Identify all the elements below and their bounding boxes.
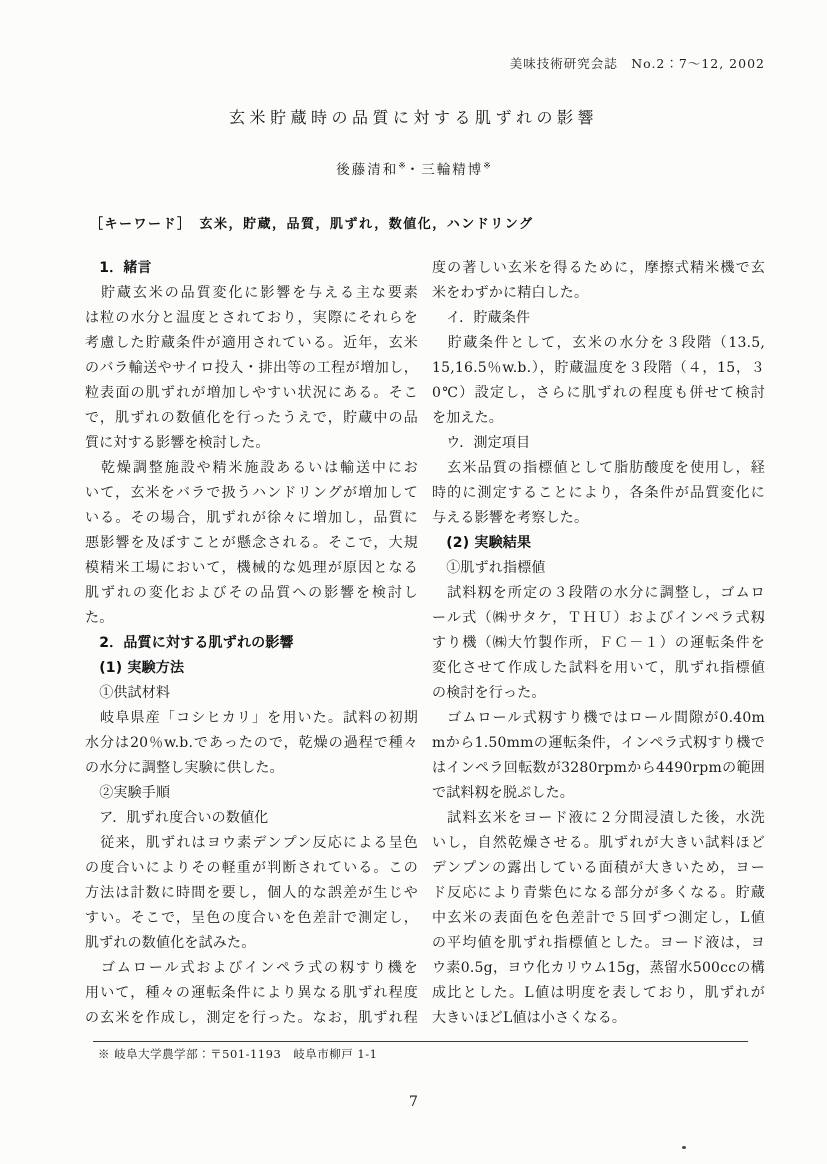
text-line: で，肌ずれの数値化を行ったうえで，貯蔵中の品 xyxy=(85,406,418,431)
author-name: 後藤清和 xyxy=(336,162,398,178)
text-line: は粒の水分と温度とされており，実際にそれらを xyxy=(85,306,418,331)
text-line: 0℃）設定し，さらに肌ずれの程度も併せて検討 xyxy=(432,381,765,406)
text-line: 1．緒言 xyxy=(85,256,418,281)
text-line: ゴムロール式およびインペラ式の籾すり機を xyxy=(85,956,418,981)
text-line: いし，自然乾燥させる。肌ずれが大きい試料ほど xyxy=(432,831,765,856)
footnote-divider xyxy=(93,1041,748,1042)
text-line: 岐阜県産「コシヒカリ」を用いた。試料の初期 xyxy=(85,706,418,731)
text-line: 従来，肌ずれはヨウ素デンプン反応による呈色 xyxy=(85,831,418,856)
text-line: 大きいほどL値は小さくなる。 xyxy=(432,1006,765,1031)
text-line: ①肌ずれ指標値 xyxy=(432,556,765,581)
text-line: 考慮した貯蔵条件が適用されている。近年，玄米 xyxy=(85,331,418,356)
text-line: デンプンの露出している面積が大きいため，ヨー xyxy=(432,856,765,881)
author-affiliation-mark: ※ xyxy=(483,162,491,172)
text-line: 中玄米の表面色を色差計で５回ずつ測定し，L値 xyxy=(432,906,765,931)
text-line: (2) 実験結果 xyxy=(432,531,765,556)
text-line: 貯蔵条件として，玄米の水分を３段階（13.5, xyxy=(432,331,765,356)
paper-page: 美味技術研究会誌 No.2：7～12, 2002 玄米貯蔵時の品質に対する肌ずれ… xyxy=(0,0,827,1164)
text-line: 試料籾を所定の３段階の水分に調整し，ゴムロ xyxy=(432,581,765,606)
keywords-line: ［キーワード］ 玄米，貯蔵，品質，肌ずれ，数値化，ハンドリング xyxy=(90,213,534,232)
text-line: 試料玄米をヨード液に２分間浸漬した後，水洗 xyxy=(432,806,765,831)
text-line: すり機（㈱大竹製作所，ＦＣ－１）の運転条件を xyxy=(432,631,765,656)
text-line: 肌ずれの変化およびその品質への影響を検討し xyxy=(85,581,418,606)
text-line: ア．肌ずれ度合いの数値化 xyxy=(85,806,418,831)
author-separator: ・ xyxy=(406,162,422,178)
text-line: を加えた。 xyxy=(432,406,765,431)
body-columns: 1．緒言 貯蔵玄米の品質変化に影響を与える主な要素は粒の水分と温度とされており，… xyxy=(85,256,765,1031)
text-line: の度合いによりその軽重が判断されている。この xyxy=(85,856,418,881)
page-title: 玄米貯蔵時の品質に対する肌ずれの影響 xyxy=(0,105,827,128)
author-affiliation-mark: ※ xyxy=(398,162,406,172)
text-line: (1) 実験方法 xyxy=(85,656,418,681)
journal-header: 美味技術研究会誌 No.2：7～12, 2002 xyxy=(510,54,765,72)
text-line: ウ．測定項目 xyxy=(432,431,765,456)
text-line: ール式（㈱サタケ，ＴＨＵ）およびインペラ式籾 xyxy=(432,606,765,631)
text-line: 米をわずかに精白した。 xyxy=(432,281,765,306)
text-line: ウ素0.5g，ヨウ化カリウム15g，蒸留水500ccの構 xyxy=(432,956,765,981)
text-line: の平均値を肌ずれ指標値とした。ヨード液は，ヨ xyxy=(432,931,765,956)
authors-line: 後藤清和※・三輪精博※ xyxy=(0,158,827,178)
text-line: で試料籾を脱ぷした。 xyxy=(432,781,765,806)
text-line: 15,16.5％w.b.），貯蔵温度を３段階（４，15，３ xyxy=(432,356,765,381)
text-line: すい。そこで，呈色の度合いを色差計で測定し， xyxy=(85,906,418,931)
text-line: 度の著しい玄米を得るために，摩擦式精米機で玄 xyxy=(432,256,765,281)
text-line: ②実験手順 xyxy=(85,781,418,806)
text-line: の玄米を作成し，測定を行った。なお，肌ずれ程 xyxy=(85,1006,418,1031)
text-line: 2．品質に対する肌ずれの影響 xyxy=(85,631,418,656)
text-line: 用いて，種々の運転条件により異なる肌ずれ程度 xyxy=(85,981,418,1006)
text-line: の水分に調整し実験に供した。 xyxy=(85,756,418,781)
text-line: いる。その場合，肌ずれが徐々に増加し，品質に xyxy=(85,506,418,531)
text-line: 成比とした。L値は明度を表しており，肌ずれが xyxy=(432,981,765,1006)
right-column: 度の著しい玄米を得るために，摩擦式精米機で玄米をわずかに精白した。 イ．貯蔵条件… xyxy=(432,256,765,1031)
text-line: 質に対する影響を検討した。 xyxy=(85,431,418,456)
page-number: 7 xyxy=(0,1094,827,1110)
text-line: 模精米工場において，機械的な処理が原因となる xyxy=(85,556,418,581)
text-line: 方法は計数に時間を要し，個人的な誤差が生じや xyxy=(85,881,418,906)
text-line: 悪影響を及ぼすことが懸念される。そこで，大規 xyxy=(85,531,418,556)
text-line: いて，玄米をバラで扱うハンドリングが増加して xyxy=(85,481,418,506)
text-line: 時的に測定することにより，各条件が品質変化に xyxy=(432,481,765,506)
text-line: ①供試材料 xyxy=(85,681,418,706)
text-line: 水分は20％w.b.であったので，乾燥の過程で種々 xyxy=(85,731,418,756)
author-name: 三輪精博 xyxy=(421,162,483,178)
left-column: 1．緒言 貯蔵玄米の品質変化に影響を与える主な要素は粒の水分と温度とされており，… xyxy=(85,256,418,1031)
text-line: mから1.50mmの運転条件，インペラ式籾すり機で xyxy=(432,731,765,756)
text-line: た。 xyxy=(85,606,418,631)
text-line: ド反応により青紫色になる部分が多くなる。貯蔵 xyxy=(432,881,765,906)
text-line: 変化させて作成した試料を用いて，肌ずれ指標値 xyxy=(432,656,765,681)
text-line: 玄米品質の指標値として脂肪酸度を使用し，経 xyxy=(432,456,765,481)
text-line: 与える影響を考察した。 xyxy=(432,506,765,531)
footnote-affiliation: ※ 岐阜大学農学部：〒501-1193 岐阜市柳戸 1-1 xyxy=(98,1046,377,1062)
text-line: 乾燥調整施設や精米施設あるいは輸送中にお xyxy=(85,456,418,481)
text-line: のバラ輸送やサイロ投入・排出等の工程が増加し， xyxy=(85,356,418,381)
text-line: の検討を行った。 xyxy=(432,681,765,706)
text-line: 粒表面の肌ずれが増加しやすい状況にある。そこ xyxy=(85,381,418,406)
text-line: イ．貯蔵条件 xyxy=(432,306,765,331)
scan-artifact-dot xyxy=(682,1146,686,1149)
text-line: 貯蔵玄米の品質変化に影響を与える主な要素 xyxy=(85,281,418,306)
text-line: 肌ずれの数値化を試みた。 xyxy=(85,931,418,956)
text-line: ゴムロール式籾すり機ではロール間隙が0.40m xyxy=(432,706,765,731)
text-line: はインペラ回転数が3280rpmから4490rpmの範囲 xyxy=(432,756,765,781)
